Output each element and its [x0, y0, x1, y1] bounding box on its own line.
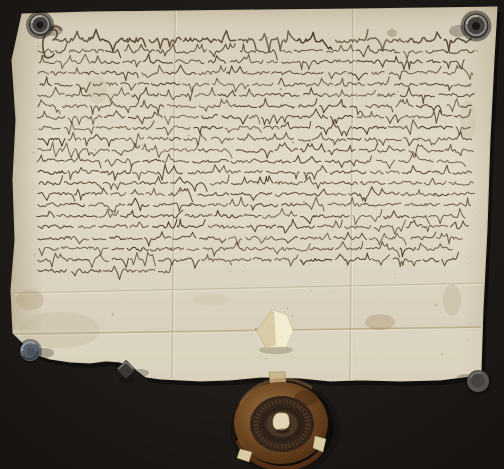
speck — [267, 37, 269, 39]
speck — [112, 314, 114, 316]
speck — [395, 273, 396, 274]
speck — [441, 354, 442, 355]
stain — [87, 76, 107, 104]
speck — [123, 49, 124, 50]
paperweight-bottom-left — [18, 339, 42, 363]
speck — [311, 290, 312, 291]
charter-photograph: Ich Caspar Schedle bekenn … — [0, 0, 504, 469]
speck — [179, 190, 181, 192]
weight-center-hole — [472, 22, 480, 30]
speck — [37, 45, 39, 47]
speck — [476, 50, 478, 52]
stain — [443, 284, 461, 316]
speck — [208, 81, 209, 82]
seal-center-spot — [273, 413, 289, 430]
stain — [16, 290, 44, 310]
speck — [58, 250, 59, 251]
weight-center-hole — [36, 21, 43, 28]
speck — [291, 315, 293, 317]
speck — [453, 285, 454, 286]
speck — [468, 263, 469, 264]
seal-center-spot-shadow — [276, 429, 290, 434]
speck — [468, 340, 469, 341]
speck — [472, 212, 473, 213]
speck — [34, 254, 35, 255]
speck — [397, 91, 398, 92]
speck — [280, 88, 282, 90]
stain — [387, 29, 397, 37]
speck — [243, 271, 244, 272]
speck — [376, 262, 377, 263]
speck — [147, 197, 148, 198]
speck — [435, 304, 437, 306]
stain — [192, 294, 228, 306]
speck — [95, 149, 97, 151]
weight-center — [471, 374, 485, 388]
weight-center — [27, 348, 36, 357]
speck — [230, 271, 231, 272]
speck — [414, 119, 415, 120]
speck — [303, 201, 305, 203]
speck — [188, 135, 190, 137]
speck — [142, 144, 144, 146]
speck — [255, 328, 257, 330]
stain — [365, 314, 395, 330]
paperweight-top-right — [461, 11, 492, 42]
speck — [43, 243, 44, 244]
paperweight-top-left — [26, 11, 54, 39]
speck — [287, 308, 289, 310]
scene-svg — [0, 0, 504, 469]
speck — [292, 141, 294, 143]
speck — [470, 323, 471, 324]
speck — [32, 152, 34, 154]
speck — [265, 358, 267, 360]
